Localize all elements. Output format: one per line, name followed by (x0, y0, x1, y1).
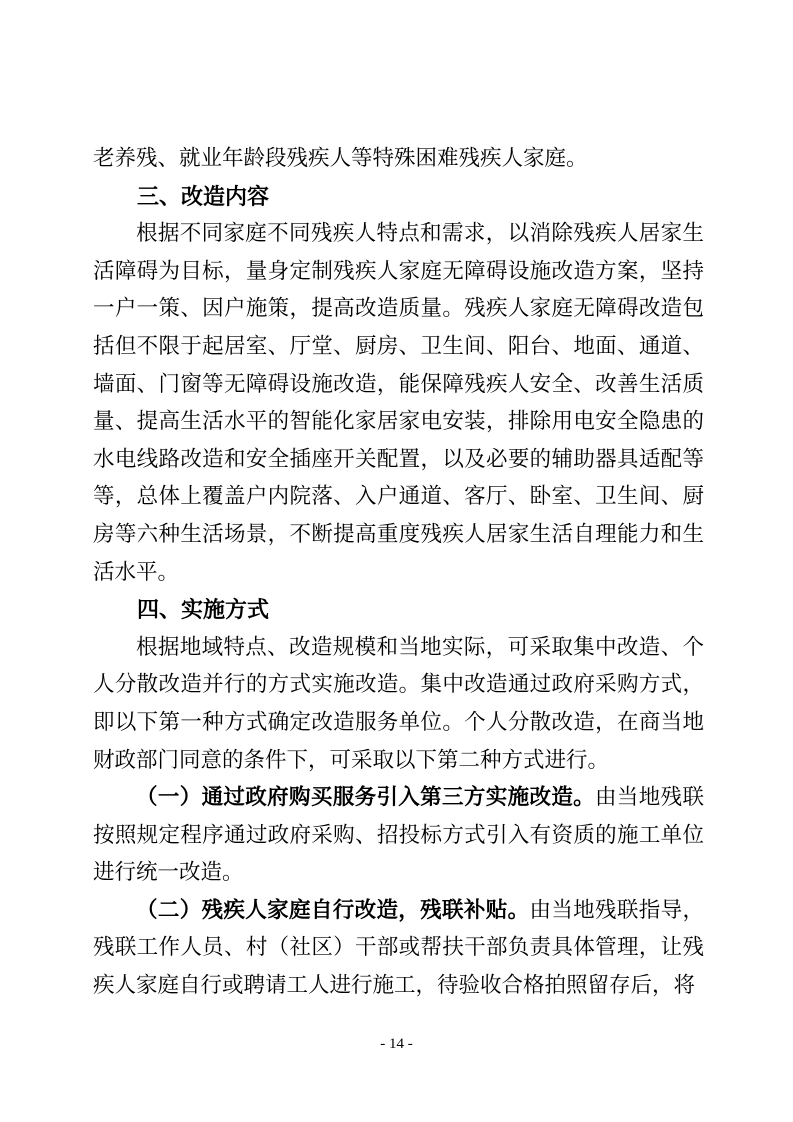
section-heading-3: 三、改造内容 (93, 178, 704, 216)
bold-text-run: （二）残疾人家庭自行改造，残联补贴。 (136, 898, 529, 922)
section-heading-4: 四、实施方式 (93, 591, 704, 629)
paragraph-implementation-overview: 根据地域特点、改造规模和当地实际，可采取集中改造、个人分散改造并行的方式实施改造… (93, 629, 704, 779)
text-run: 根据不同家庭不同残疾人特点和需求，以消除残疾人居家生活障碍为目标，量身定制残疾人… (93, 221, 704, 583)
paragraph-renovation-content: 根据不同家庭不同残疾人特点和需求，以消除残疾人居家生活障碍为目标，量身定制残疾人… (93, 215, 704, 591)
paragraph-method-2: （二）残疾人家庭自行改造，残联补贴。由当地残联指导，残联工作人员、村（社区）干部… (93, 892, 704, 1005)
paragraph-continuation: 老养残、就业年龄段残疾人等特殊困难残疾人家庭。 (93, 140, 704, 178)
text-run: 老养残、就业年龄段残疾人等特殊困难残疾人家庭。 (93, 146, 588, 170)
page-number: - 14 - (0, 1033, 793, 1055)
document-body: 老养残、就业年龄段残疾人等特殊困难残疾人家庭。三、改造内容根据不同家庭不同残疾人… (93, 140, 704, 1005)
paragraph-method-1: （一）通过政府购买服务引入第三方实施改造。由当地残联按照规定程序通过政府采购、招… (93, 779, 704, 892)
bold-text-run: 四、实施方式 (137, 597, 269, 622)
text-run: 根据地域特点、改造规模和当地实际，可采取集中改造、个人分散改造并行的方式实施改造… (93, 635, 704, 772)
bold-text-run: 三、改造内容 (137, 184, 269, 209)
document-page: 老养残、就业年龄段残疾人等特殊困难残疾人家庭。三、改造内容根据不同家庭不同残疾人… (0, 0, 793, 1122)
bold-text-run: （一）通过政府购买服务引入第三方实施改造。 (136, 785, 595, 809)
